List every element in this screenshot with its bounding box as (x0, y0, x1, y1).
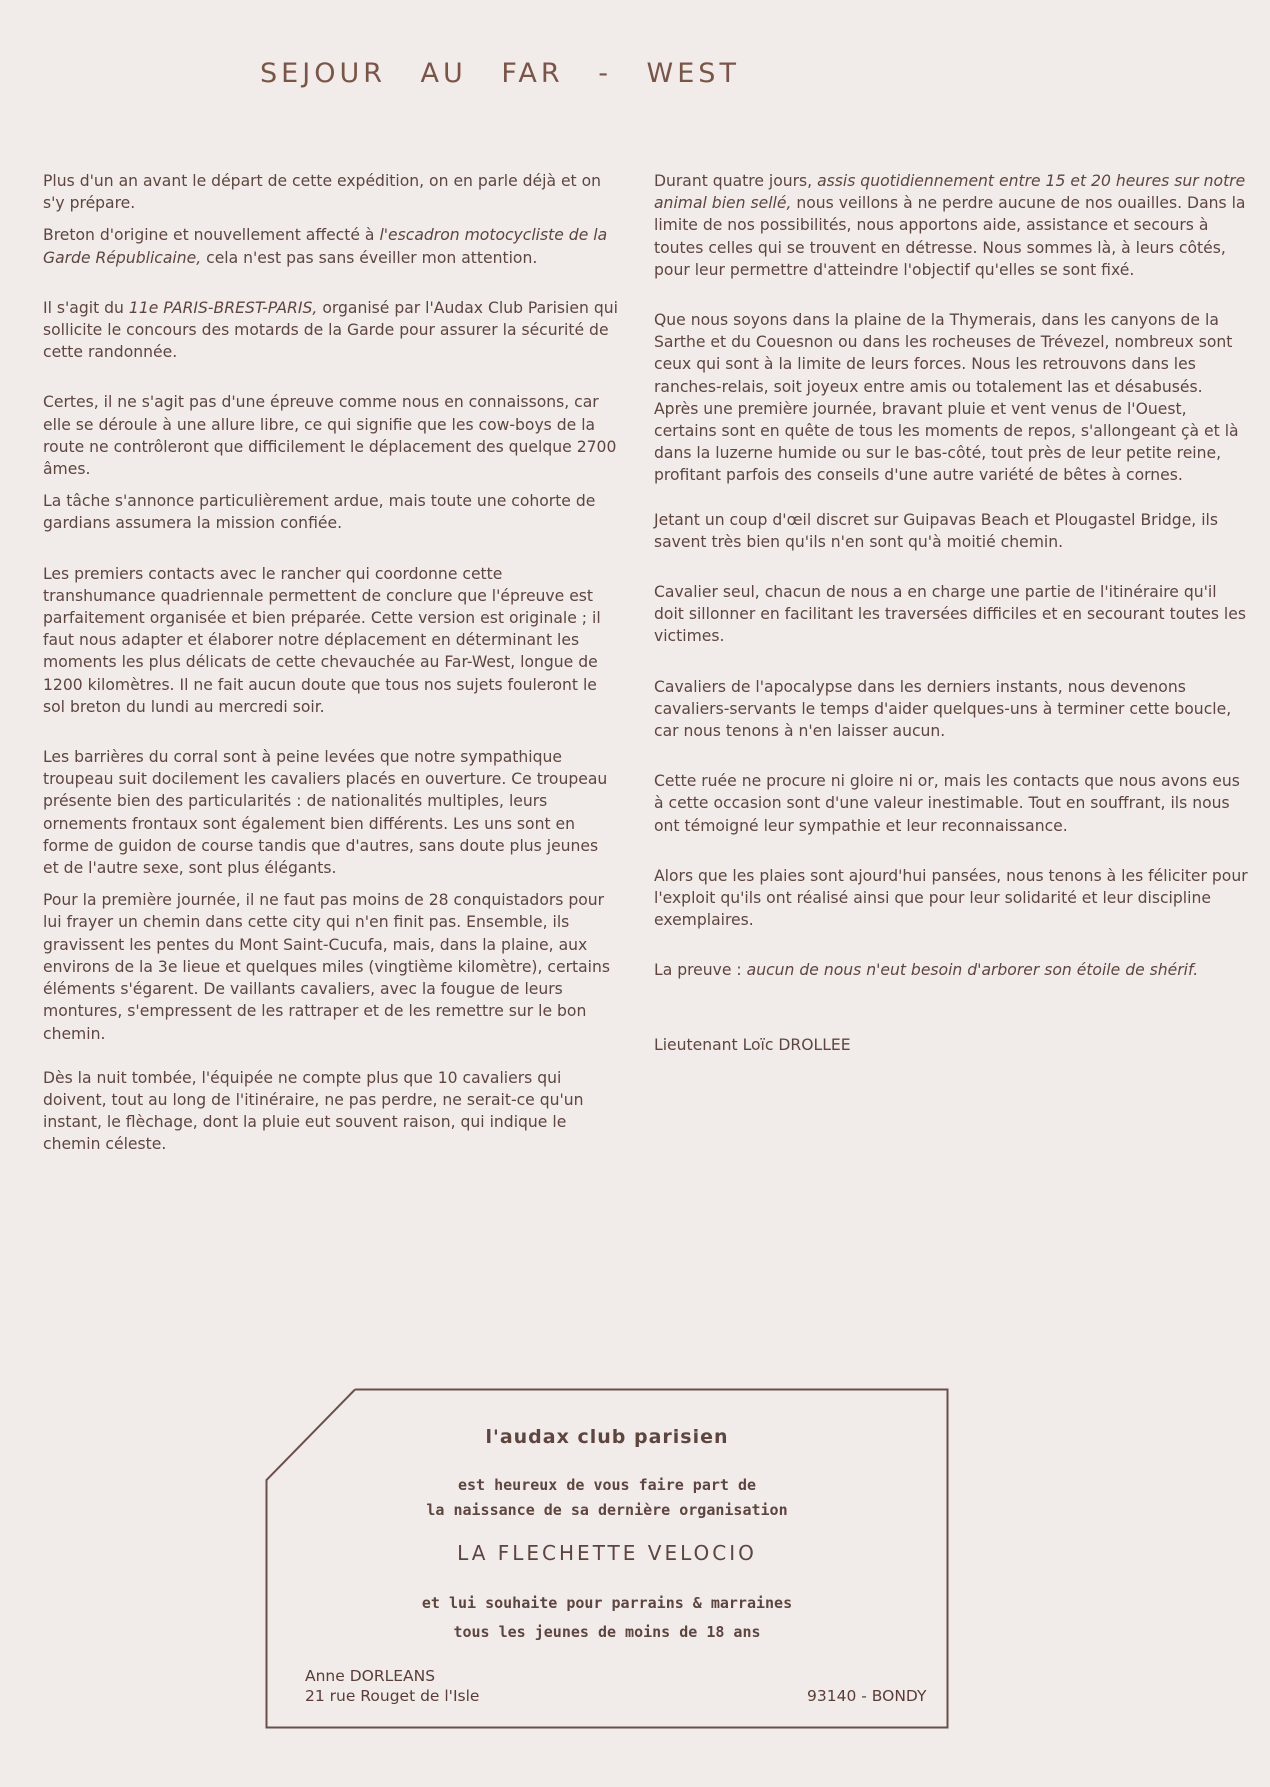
paragraph: Que nous soyons dans la plaine de la Thy… (654, 309, 1249, 487)
paragraph: Cavalier seul, chacun de nous a en charg… (654, 581, 1249, 648)
paragraph: Il s'agit du 11e PARIS-BREST-PARIS, orga… (43, 297, 618, 364)
paragraph: Les premiers contacts avec le rancher qu… (43, 563, 618, 718)
paragraph: Dès la nuit tombée, l'équipée ne compte … (43, 1067, 618, 1156)
contact-city: 93140 - BONDY (807, 1687, 926, 1705)
announcement-box: l'audax club parisien est heureux de vou… (265, 1388, 949, 1729)
paragraph: Durant quatre jours, assis quotidienneme… (654, 170, 1249, 281)
announce-line-4: tous les jeunes de moins de 18 ans (265, 1623, 949, 1641)
contact-name: Anne DORLEANS (305, 1667, 435, 1685)
paragraph: Breton d'origine et nouvellement affecté… (43, 224, 618, 268)
left-column: Plus d'un an avant le départ de cette ex… (43, 170, 618, 1156)
right-column: Durant quatre jours, assis quotidienneme… (654, 170, 1249, 1056)
announce-line-2: la naissance de sa dernière organisation (265, 1501, 949, 1519)
paragraph: Les barrières du corral sont à peine lev… (43, 746, 618, 879)
announce-line-3: et lui souhaite pour parrains & marraine… (265, 1594, 949, 1612)
paragraph: Plus d'un an avant le départ de cette ex… (43, 170, 618, 214)
paragraph: Alors que les plaies sont ajourd'hui pan… (654, 865, 1249, 932)
contact-street: 21 rue Rouget de l'Isle (305, 1687, 479, 1705)
event-name: LA FLECHETTE VELOCIO (265, 1541, 949, 1565)
paragraph: Cavaliers de l'apocalypse dans les derni… (654, 676, 1249, 743)
paragraph: Pour la première journée, il ne faut pas… (43, 889, 618, 1044)
paragraph: Jetant un coup d'œil discret sur Guipava… (654, 509, 1249, 553)
paragraph: Lieutenant Loïc DROLLEE (654, 1034, 1249, 1056)
paragraph: La tâche s'annonce particulièrement ardu… (43, 490, 618, 534)
paragraph: La preuve : aucun de nous n'eut besoin d… (654, 959, 1249, 981)
paragraph: Certes, il ne s'agit pas d'une épreuve c… (43, 391, 618, 480)
paragraph: Cette ruée ne procure ni gloire ni or, m… (654, 770, 1249, 837)
announce-line-1: est heureux de vous faire part de (265, 1476, 949, 1494)
page-title: SEJOUR AU FAR - WEST (0, 58, 1000, 89)
club-name: l'audax club parisien (265, 1426, 949, 1448)
